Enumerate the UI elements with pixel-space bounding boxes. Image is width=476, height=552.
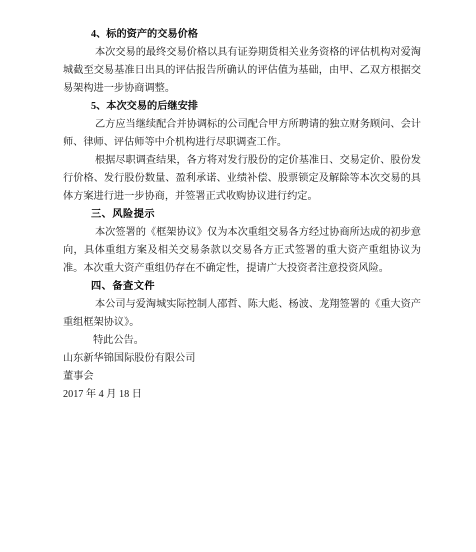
announcement-page: 4、标的资产的交易价格 本次交易的最终交易价格以具有证券期货相关业务资格的评估机… [0, 0, 476, 552]
paragraph-cooperation: 乙方应当继续配合并协调标的公司配合甲方所聘请的独立财务顾问、会计师、律师、评估师… [63, 116, 421, 152]
paragraph-due-diligence: 根据尽职调查结果，各方将对发行股份的定价基准日、交易定价、股份发行价格、发行股份… [63, 152, 421, 206]
paragraph-reference-documents: 本公司与爱淘城实际控制人邵哲、陈大彪、杨波、龙翔签署的《重大资产重组框架协议》。 [63, 296, 421, 332]
heading-risk-warning: 三、风险提示 [63, 206, 421, 224]
subheading-follow-up-arrangement: 5、本次交易的后继安排 [63, 98, 421, 116]
paragraph-transaction-price: 本次交易的最终交易价格以具有证券期货相关业务资格的评估机构对爱淘城截至交易基准日… [63, 44, 421, 98]
signature-company-name: 山东新华锦国际股份有限公司 [63, 350, 421, 368]
signature-date: 2017 年 4 月 18 日 [63, 386, 421, 404]
heading-reference-documents: 四、备查文件 [63, 278, 421, 296]
subheading-asset-transaction-price: 4、标的资产的交易价格 [63, 26, 421, 44]
signature-board-of-directors: 董事会 [63, 368, 421, 386]
paragraph-risk-warning: 本次签署的《框架协议》仅为本次重组交易各方经过协商所达成的初步意向，具体重组方案… [63, 224, 421, 278]
announcement-notice: 特此公告。 [63, 332, 421, 350]
